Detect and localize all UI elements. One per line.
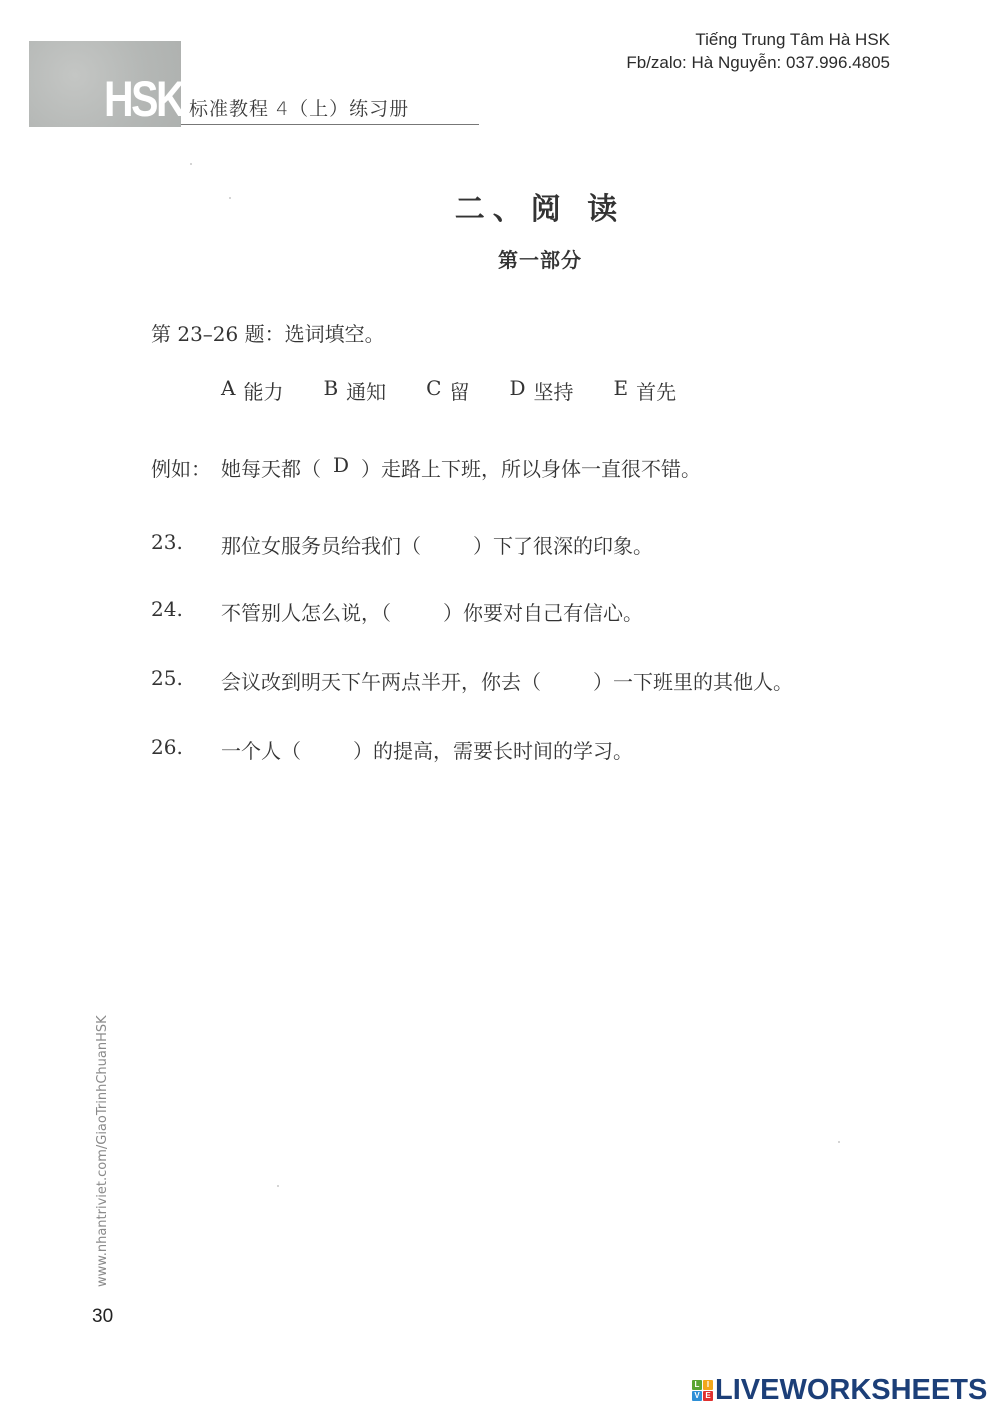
question-text-before: 不管别人怎么说，（ <box>221 597 391 626</box>
scan-speck <box>229 197 231 199</box>
answer-blank[interactable] <box>301 735 353 764</box>
instruction: 第 23–26 题：选词填空。 <box>151 318 385 347</box>
question-25: 25. 会议改到明天下午两点半开，你去（ ）一下班里的其他人。 <box>151 666 793 695</box>
option-letter: B <box>323 376 338 405</box>
book-title: 标准教程 4（上）练习册 <box>189 94 409 121</box>
option-word: 通知 <box>346 376 386 405</box>
option-c: C 留 <box>426 376 469 405</box>
option-word: 能力 <box>243 376 283 405</box>
example-row: 例如： 她每天都（ D ）走路上下班，所以身体一直很不错。 <box>151 453 701 482</box>
option-word: 坚持 <box>534 376 574 405</box>
question-text-before: 一个人（ <box>221 735 301 764</box>
logo-tile-l: L <box>692 1380 702 1390</box>
question-number: 26. <box>151 735 221 764</box>
option-word: 首先 <box>636 376 676 405</box>
question-26: 26. 一个人（ ）的提高，需要长时间的学习。 <box>151 735 633 764</box>
option-d: D 坚持 <box>509 376 573 405</box>
scan-speck <box>190 163 192 165</box>
section-title: 二、阅 读 <box>0 184 1000 228</box>
scan-speck <box>838 1141 840 1143</box>
watermark-line-1: Tiếng Trung Tâm Hà HSK <box>626 28 890 51</box>
question-23: 23. 那位女服务员给我们（ ）下了很深的印象。 <box>151 530 653 559</box>
example-text-after: ）走路上下班，所以身体一直很不错。 <box>361 453 701 482</box>
side-url: www.nhantriviet.com/GiaoTrinhChuanHSK <box>95 1015 110 1287</box>
question-text-after: ）的提高，需要长时间的学习。 <box>353 735 633 764</box>
answer-blank[interactable] <box>391 597 443 626</box>
option-a: A 能力 <box>221 376 283 405</box>
liveworksheets-wordmark: LIVEWORKSHEETS <box>715 1375 987 1405</box>
logo-tile-i: I <box>703 1380 713 1390</box>
option-letter: E <box>614 376 629 405</box>
example-text-before: 她每天都（ <box>221 453 321 482</box>
logo-tile-e: E <box>703 1391 713 1401</box>
watermark-line-2: Fb/zalo: Hà Nguyễn: 037.996.4805 <box>626 51 890 74</box>
question-text-after: ）一下班里的其他人。 <box>593 666 793 695</box>
option-letter: A <box>221 376 235 405</box>
hsk-logo: HSK <box>104 72 183 126</box>
header-divider <box>181 124 479 125</box>
logo-tile-v: V <box>692 1391 702 1401</box>
scan-speck <box>277 1185 279 1187</box>
question-text-before: 会议改到明天下午两点半开，你去（ <box>221 666 541 695</box>
example-answer: D <box>321 453 361 482</box>
option-b: B 通知 <box>323 376 386 405</box>
option-word: 留 <box>449 376 469 405</box>
page-number: 30 <box>92 1306 113 1328</box>
liveworksheets-brand[interactable]: L I V E LIVEWORKSHEETS <box>692 1375 987 1405</box>
question-number: 24. <box>151 597 221 626</box>
question-24: 24. 不管别人怎么说，（ ）你要对自己有信心。 <box>151 597 643 626</box>
liveworksheets-logo-icon: L I V E <box>692 1380 713 1401</box>
part-title: 第一部分 <box>0 244 1000 273</box>
answer-blank[interactable] <box>541 666 593 695</box>
option-letter: D <box>509 376 525 405</box>
example-label: 例如： <box>151 453 221 482</box>
option-e: E 首先 <box>614 376 677 405</box>
option-letter: C <box>426 376 441 405</box>
question-text-before: 那位女服务员给我们（ <box>221 530 421 559</box>
question-number: 23. <box>151 530 221 559</box>
word-options: A 能力 B 通知 C 留 D 坚持 E 首先 <box>221 376 716 405</box>
watermark-contact: Tiếng Trung Tâm Hà HSK Fb/zalo: Hà Nguyễ… <box>626 28 890 74</box>
answer-blank[interactable] <box>421 530 473 559</box>
question-text-after: ）下了很深的印象。 <box>473 530 653 559</box>
question-number: 25. <box>151 666 221 695</box>
question-text-after: ）你要对自己有信心。 <box>443 597 643 626</box>
